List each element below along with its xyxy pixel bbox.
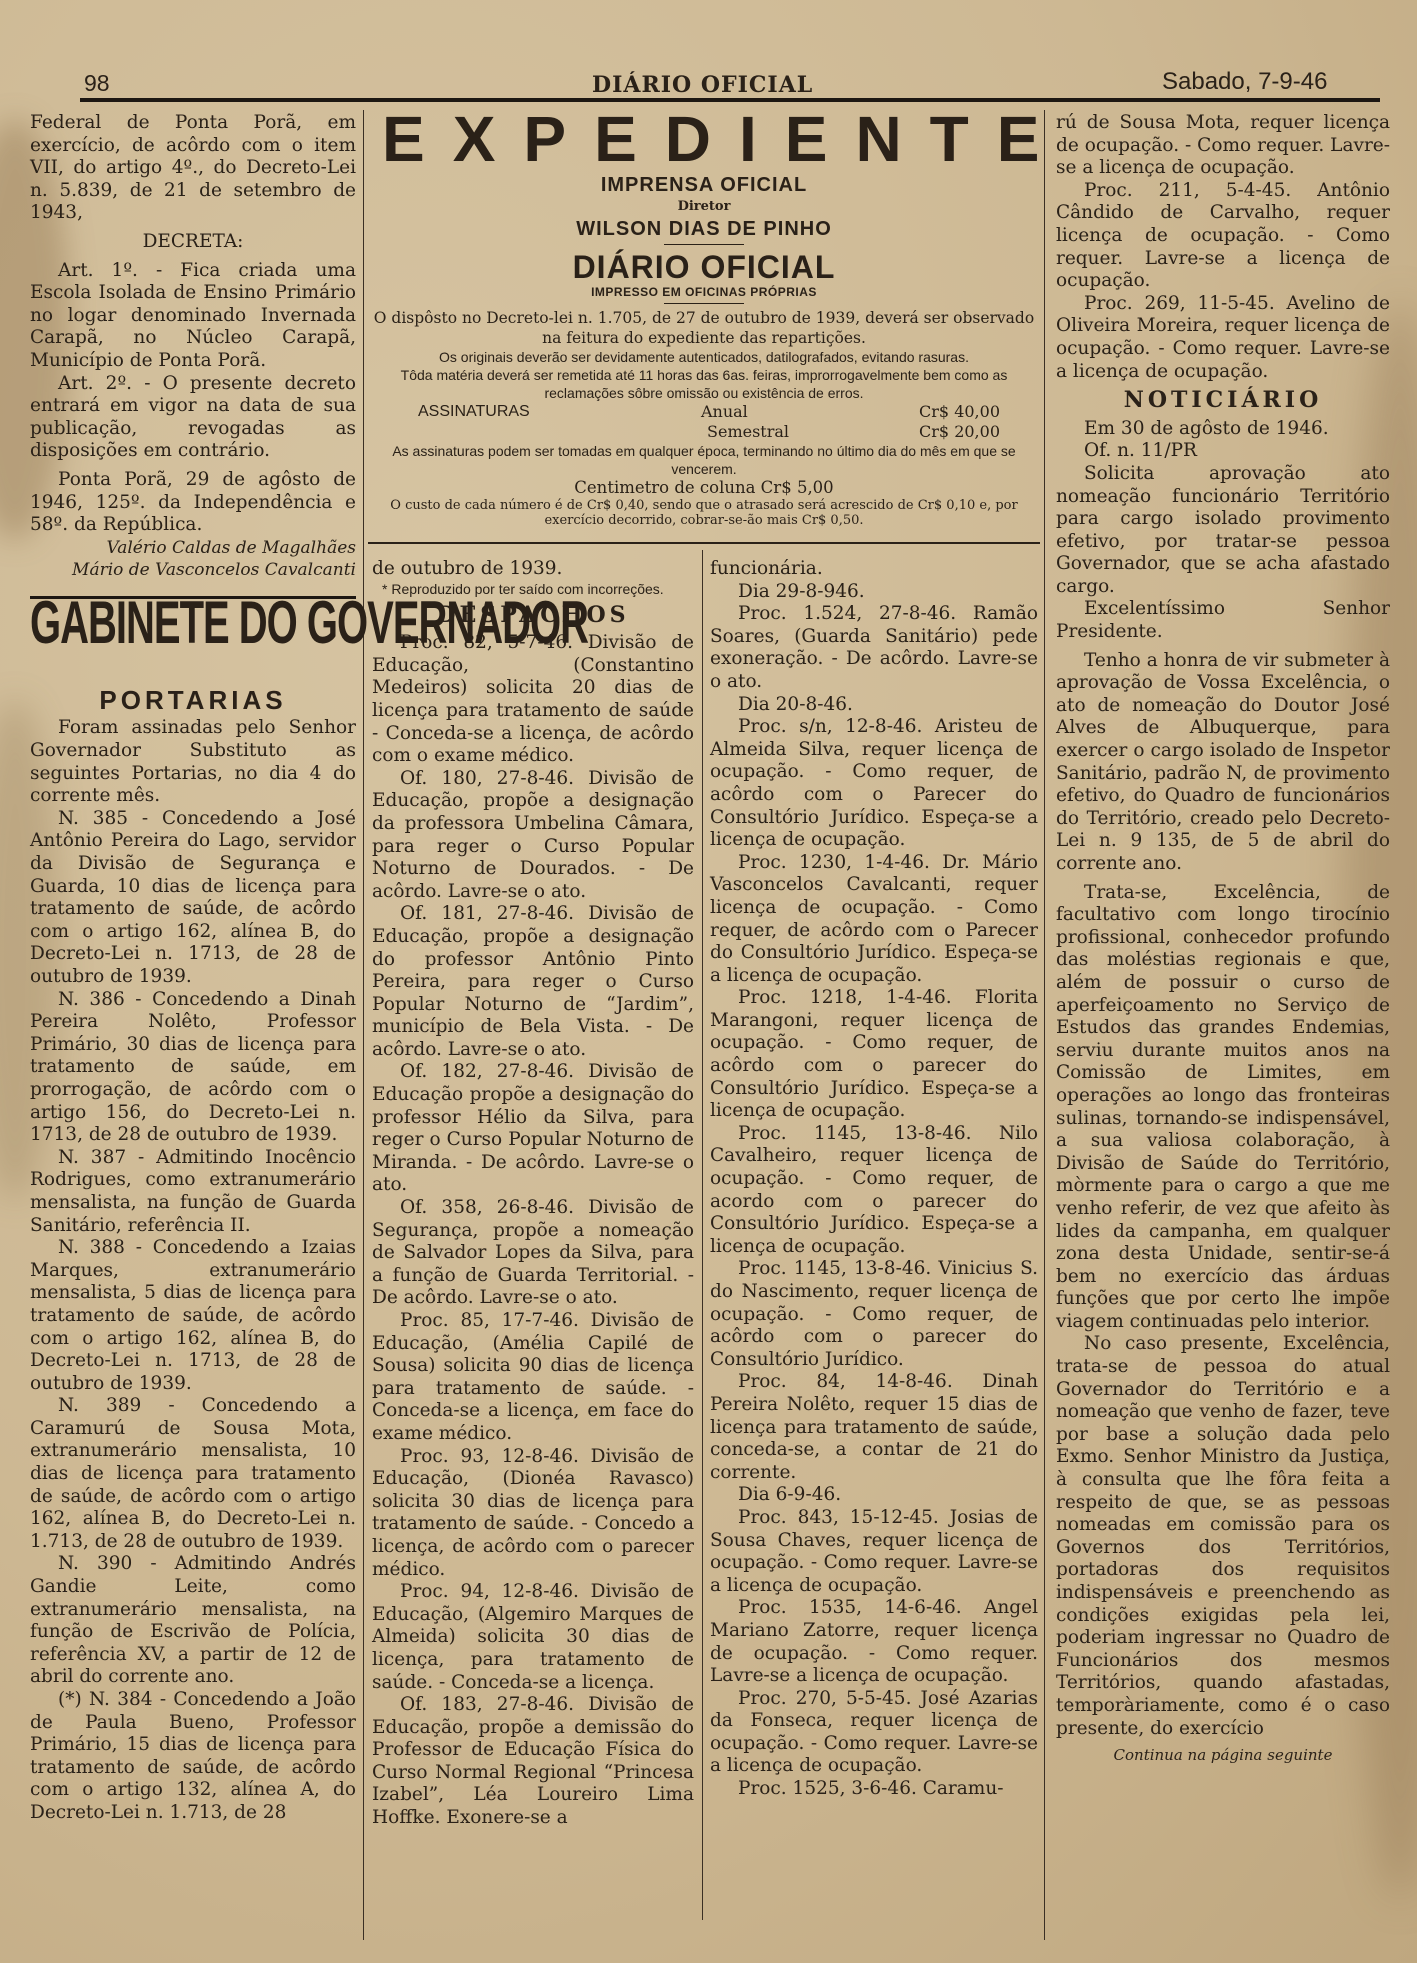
- continued-note: Continua na página seguinte: [1056, 1744, 1390, 1767]
- publisher-name: IMPRENSA OFICIAL: [368, 174, 1040, 196]
- separator: [664, 244, 744, 245]
- deadline-note: Tôda matéria deverá ser remetida até 11 …: [368, 366, 1040, 402]
- column-price: Centimetro de coluna Cr$ 5,00: [368, 478, 1040, 498]
- signature: Valério Caldas de Magalhães: [30, 537, 356, 560]
- despacho-item: Of. 183, 27-8-46. Divisão de Educação, p…: [372, 1694, 694, 1830]
- subscription-row: ASSINATURAS Anual Cr$ 40,00: [368, 402, 1040, 422]
- letter-reference: Of. n. 11/PR: [1056, 440, 1390, 463]
- despacho-item: Proc. 84, 14-8-46. Dinah Pereira Nolêto,…: [710, 1371, 1038, 1484]
- portaria-item: N. 390 - Admitindo Andrés Gandie Leite, …: [30, 1553, 356, 1689]
- page-header: 98 DIÁRIO OFICIAL Sabado, 7-9-46: [80, 68, 1380, 102]
- letter-salutation: Excelentíssimo Senhor Presidente.: [1056, 598, 1390, 643]
- day-heading: Dia 29-8-946.: [710, 581, 1038, 604]
- despacho-item: Proc. 1145, 13-8-46. Vinicius S. do Nasc…: [710, 1258, 1038, 1371]
- subscriptions-note: As assinaturas podem ser tomadas em qual…: [368, 442, 1040, 478]
- despacho-item: Proc. 211, 5-4-45. Antônio Cândido de Ca…: [1056, 180, 1390, 293]
- letter-summary: Solicita aprovação ato nomeação funcioná…: [1056, 463, 1390, 599]
- noticiario-heading: NOTICIÁRIO: [1056, 389, 1390, 412]
- director-name: WILSON DIAS DE PINHO: [368, 218, 1040, 240]
- letter-paragraph: No caso presente, Excelência, trata-se d…: [1056, 1333, 1390, 1740]
- director-label: Diretor: [368, 196, 1040, 218]
- subscription-price: Cr$ 40,00: [919, 402, 1000, 422]
- despacho-item: Proc. 1218, 1-4-46. Florita Marangoni, r…: [710, 987, 1038, 1123]
- continuation-text: de outubro de 1939.: [372, 558, 694, 581]
- day-heading: Dia 20-8-46.: [710, 694, 1038, 717]
- despacho-item: Of. 182, 27-8-46. Divisão de Educação pr…: [372, 1061, 694, 1197]
- header-rule: [80, 98, 1380, 102]
- despacho-item: Proc. 82, 5-7-46. Divisão de Educação, (…: [372, 632, 694, 768]
- column-divider: [1044, 110, 1045, 1940]
- column-divider: [363, 110, 364, 1940]
- despacho-item: Proc. 270, 5-5-45. José Azarias da Fonse…: [710, 1688, 1038, 1778]
- despacho-item: Proc. 1230, 1-4-46. Dr. Mário Vasconcelo…: [710, 852, 1038, 988]
- originals-note: Os originais deverão ser devidamente aut…: [368, 348, 1040, 366]
- letter-date: Em 30 de agôsto de 1946.: [1056, 418, 1390, 441]
- despacho-item: Of. 180, 27-8-46. Divisão de Educação, p…: [372, 768, 694, 904]
- despacho-item: Of. 358, 26-8-46. Divisão de Segurança, …: [372, 1197, 694, 1310]
- subscription-price: Cr$ 20,00: [919, 422, 1000, 442]
- portaria-item: N. 387 - Admitindo Inocêncio Rodrigues, …: [30, 1147, 356, 1237]
- page-number: 98: [84, 70, 110, 97]
- paper-title: DIÁRIO OFICIAL: [368, 249, 1040, 285]
- despacho-item: Proc. 1.524, 27-8-46. Ramão Soares, (Gua…: [710, 603, 1038, 693]
- portaria-item: N. 385 - Concedendo a José Antônio Perei…: [30, 808, 356, 989]
- letter-paragraph: Trata-se, Excelência, de facultativo com…: [1056, 882, 1390, 1334]
- despacho-item: Proc. s/n, 12-8-46. Aristeu de Almeida S…: [710, 716, 1038, 852]
- issue-date: Sabado, 7-9-46: [1162, 68, 1327, 96]
- portaria-item: (*) N. 384 - Concedendo a João de Paula …: [30, 1689, 356, 1825]
- cost-note: O custo de cada número é de Cr$ 0,40, se…: [368, 498, 1040, 528]
- column-divider: [702, 550, 703, 1920]
- portaria-item: N. 386 - Concedendo a Dinah Pereira Nolê…: [30, 989, 356, 1147]
- portarias-intro: Foram assinadas pelo Senhor Governador S…: [30, 717, 356, 807]
- continuation-text: funcionária.: [710, 558, 1038, 581]
- day-heading: Dia 6-9-46.: [710, 1484, 1038, 1507]
- decree-place-date: Ponta Porã, 29 de agôsto de 1946, 125º. …: [30, 469, 356, 537]
- despacho-item: Proc. 1535, 14-6-46. Angel Mariano Zator…: [710, 1597, 1038, 1687]
- despacho-item: Proc. 93, 12-8-46. Divisão de Educação, …: [372, 1446, 694, 1582]
- despachos-heading: DESPACHOS: [372, 604, 694, 627]
- gabinete-heading: GABINETE DO GOVERNADOR: [30, 607, 356, 697]
- despacho-item: Proc. 94, 12-8-46. Divisão de Educação, …: [372, 1581, 694, 1694]
- expediente-title: EXPEDIENTE: [382, 104, 1040, 174]
- column-2: de outubro de 1939. * Reproduzido por te…: [372, 558, 694, 1830]
- column-3: funcionária. Dia 29-8-946. Proc. 1.524, …: [710, 558, 1038, 1801]
- decree-art1: Art. 1º. - Fica criada uma Escola Isolad…: [30, 260, 356, 373]
- reproduced-note: * Reproduzido por ter saído com incorreç…: [372, 581, 694, 598]
- despacho-item: Proc. 1525, 3-6-46. Caramu-: [710, 1778, 1038, 1801]
- decree-art2: Art. 2º. - O presente decreto entrará em…: [30, 373, 356, 463]
- despacho-item: Proc. 269, 11-5-45. Avelino de Oliveira …: [1056, 293, 1390, 383]
- newspaper-name: DIÁRIO OFICIAL: [592, 72, 813, 98]
- signature: Mário de Vasconcelos Cavalcanti: [30, 559, 356, 582]
- column-1: Federal de Ponta Porã, em exercício, de …: [30, 112, 356, 1825]
- decreta-heading: DECRETA:: [30, 231, 356, 254]
- letter-paragraph: Tenho a honra de vir submeter à aprovaçã…: [1056, 650, 1390, 876]
- decree-note: O dispôsto no Decreto-lei n. 1.705, de 2…: [368, 308, 1040, 348]
- decree-intro: Federal de Ponta Porã, em exercício, de …: [30, 112, 356, 225]
- subscription-period: Semestral: [707, 422, 789, 442]
- subscriptions-label: ASSINATURAS: [418, 402, 530, 422]
- despacho-item: Proc. 843, 15-12-45. Josias de Sousa Cha…: [710, 1507, 1038, 1597]
- paper-subtitle: IMPRESSO EM OFICINAS PRÓPRIAS: [368, 285, 1040, 299]
- despacho-item: Proc. 1145, 13-8-46. Nilo Cavalheiro, re…: [710, 1123, 1038, 1259]
- despacho-item: Of. 181, 27-8-46. Divisão de Educação, p…: [372, 903, 694, 1061]
- despacho-item: Proc. 85, 17-7-46. Divisão de Educação, …: [372, 1310, 694, 1446]
- continuation-text: rú de Sousa Mota, requer licença de ocup…: [1056, 112, 1390, 180]
- expediente-box: EXPEDIENTE IMPRENSA OFICIAL Diretor WILS…: [368, 104, 1040, 540]
- expediente-bottom-rule: [368, 542, 1040, 544]
- subscription-row: Semestral Cr$ 20,00: [368, 422, 1040, 442]
- column-4: rú de Sousa Mota, requer licença de ocup…: [1056, 112, 1390, 1767]
- portaria-item: N. 389 - Concedendo a Caramurú de Sousa …: [30, 1395, 356, 1553]
- subscription-period: Anual: [701, 402, 748, 422]
- portaria-item: N. 388 - Concedendo a Izaias Marques, ex…: [30, 1237, 356, 1395]
- separator: [664, 303, 744, 304]
